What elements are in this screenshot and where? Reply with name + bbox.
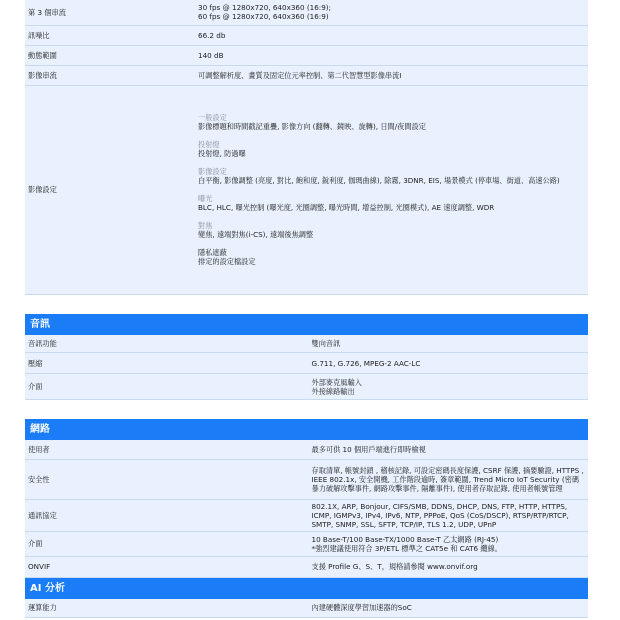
row-value: 802.1X, ARP, Bonjour, CIFS/SMB, DDNS, DH… xyxy=(307,499,589,531)
section-title: 網路 xyxy=(25,419,588,440)
table-row: 介面 外部麥克風輸入 外接線路輸出 xyxy=(25,374,588,400)
row-label: 介面 xyxy=(25,374,307,400)
row-value: 存取清單, 帳號封鎖 , 稽核記錄, 可設定密碼長度保護, CSRF 保護, 摘… xyxy=(307,459,589,499)
table-row: 動態範圍 140 dB xyxy=(25,45,588,65)
row-value: 可調整解析度、畫質及固定位元率控制、第二代智慧型影像串流I xyxy=(193,65,588,85)
sub-block-floodlight: 投射燈 投射燈, 防過曝 xyxy=(198,140,584,158)
audio-spec-table: 音訊 音訊功能 雙向音訊 壓縮 G.711, G.726, MPEG-2 AAC… xyxy=(25,314,588,401)
row-label: 影像串流 xyxy=(25,65,193,85)
row-value: 內建硬體深度學習加速器的SoC xyxy=(307,599,589,618)
row-label: 訊噪比 xyxy=(25,25,193,45)
section-header-ai: AI 分析 xyxy=(25,577,588,599)
row-label: 通訊協定 xyxy=(25,499,307,531)
section-gap xyxy=(25,400,588,419)
video-spec-table: 第 3 個串流 30 fps @ 1280x720, 640x360 (16:9… xyxy=(25,0,588,295)
sub-block-general: 一般設定 影像標題和時間戳記重疊, 影像方向 (翻轉、鏡映、旋轉), 日間/夜間… xyxy=(198,113,584,131)
table-row-image-settings: 影像設定 一般設定 影像標題和時間戳記重疊, 影像方向 (翻轉、鏡映、旋轉), … xyxy=(25,85,588,294)
row-label: 使用者 xyxy=(25,440,307,459)
row-label: 影像設定 xyxy=(25,85,193,294)
row-value: 140 dB xyxy=(193,45,588,65)
row-label: 介面 xyxy=(25,531,307,556)
row-label: 第 3 個串流 xyxy=(25,0,193,25)
row-label: 運算能力 xyxy=(25,599,307,618)
section-header-audio: 音訊 xyxy=(25,314,588,335)
table-row: 通訊協定 802.1X, ARP, Bonjour, CIFS/SMB, DDN… xyxy=(25,499,588,531)
row-value: 最多可供 10 個用戶端進行即時檢視 xyxy=(307,440,589,459)
table-row: 運算能力 內建硬體深度學習加速器的SoC xyxy=(25,599,588,618)
table-row: 音訊功能 雙向音訊 xyxy=(25,335,588,353)
row-label: 音訊功能 xyxy=(25,335,307,353)
table-row: 安全性 存取清單, 帳號封鎖 , 稽核記錄, 可設定密碼長度保護, CSRF 保… xyxy=(25,459,588,499)
row-value: 支援 Profile G、S、T，規格請參閱 www.onvif.org xyxy=(307,556,589,577)
section-gap xyxy=(25,295,588,314)
table-row: 第 3 個串流 30 fps @ 1280x720, 640x360 (16:9… xyxy=(25,0,588,25)
row-value: 66.2 db xyxy=(193,25,588,45)
row-value: 外部麥克風輸入 外接線路輸出 xyxy=(307,374,589,400)
table-row: 訊噪比 66.2 db xyxy=(25,25,588,45)
table-row: 介面 10 Base-T/100 Base-TX/1000 Base-T 乙太網… xyxy=(25,531,588,556)
row-value: G.711, G.726, MPEG-2 AAC-LC xyxy=(307,353,589,374)
sub-block-focus: 對焦 變焦, 遠端對焦(i-CS), 遠端後焦調整 xyxy=(198,221,584,239)
row-label: 動態範圍 xyxy=(25,45,193,65)
section-header-network: 網路 xyxy=(25,419,588,440)
section-title: AI 分析 xyxy=(25,577,588,599)
sub-block-image: 影像設定 白平衡, 影像調整 (亮度, 對比, 飽和度, 銳利度, 伽瑪曲線),… xyxy=(198,167,584,185)
section-title: 音訊 xyxy=(25,314,588,335)
row-label: 壓縮 xyxy=(25,353,307,374)
table-row: 壓縮 G.711, G.726, MPEG-2 AAC-LC xyxy=(25,353,588,374)
row-value: 雙向音訊 xyxy=(307,335,589,353)
row-value: 一般設定 影像標題和時間戳記重疊, 影像方向 (翻轉、鏡映、旋轉), 日間/夜間… xyxy=(193,85,588,294)
table-row: 使用者 最多可供 10 個用戶端進行即時檢視 xyxy=(25,440,588,459)
row-label: ONVIF xyxy=(25,556,307,577)
sub-block-exposure: 曝光 BLC, HLC, 曝光控制 (曝光度, 光圈調整, 曝光時間, 增益控制… xyxy=(198,194,584,212)
row-value: 30 fps @ 1280x720, 640x360 (16:9); 60 fp… xyxy=(193,0,588,25)
table-row: 影像串流 可調整解析度、畫質及固定位元率控制、第二代智慧型影像串流I xyxy=(25,65,588,85)
spec-sheet: 第 3 個串流 30 fps @ 1280x720, 640x360 (16:9… xyxy=(25,0,588,618)
table-row: ONVIF 支援 Profile G、S、T，規格請參閱 www.onvif.o… xyxy=(25,556,588,577)
network-spec-table: 網路 使用者 最多可供 10 個用戶端進行即時檢視 安全性 存取清單, 帳號封鎖… xyxy=(25,419,588,618)
row-label: 安全性 xyxy=(25,459,307,499)
row-value: 10 Base-T/100 Base-TX/1000 Base-T 乙太網路 (… xyxy=(307,531,589,556)
sub-block-privacy: 隱私遮蔽 排定的設定檔設定 xyxy=(198,248,584,266)
